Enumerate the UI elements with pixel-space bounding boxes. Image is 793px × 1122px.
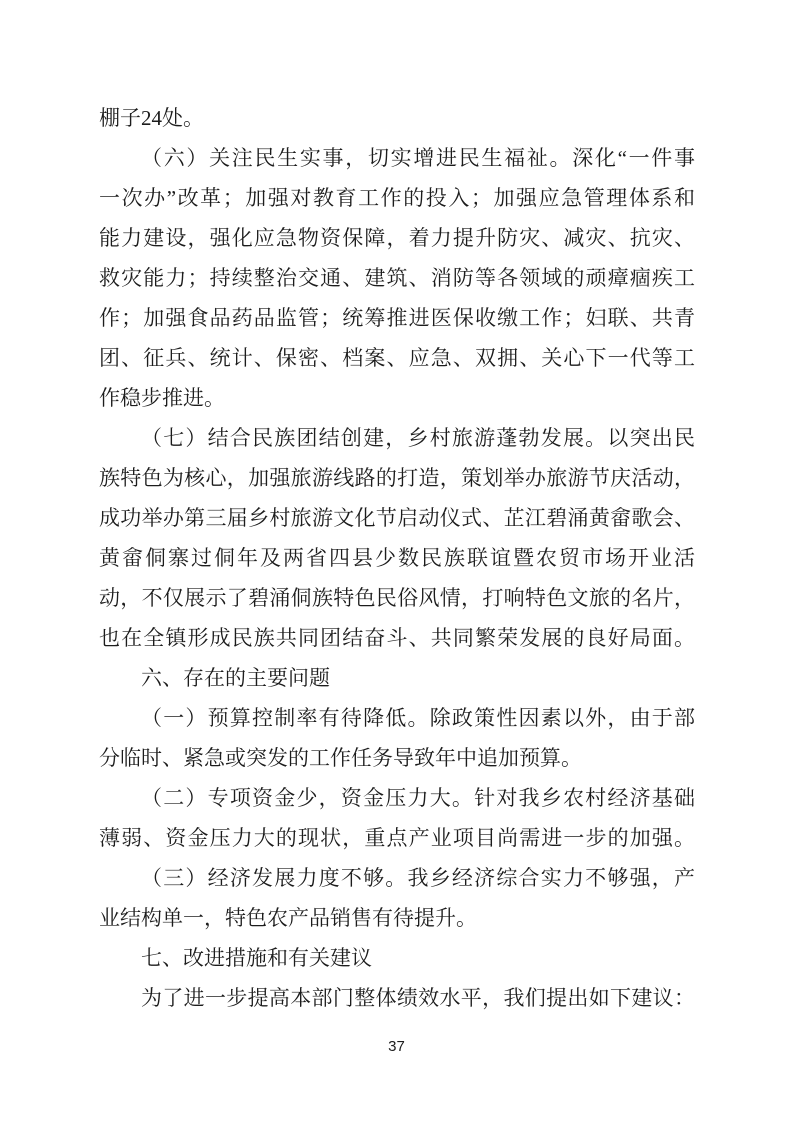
- text-line: 黄畲侗寨过侗年及两省四县少数民族联谊暨农贸市场开业活: [99, 538, 695, 578]
- text-line: 动，不仅展示了碧涌侗族特色民俗风情，打响特色文旅的名片，: [99, 578, 695, 618]
- text-line: （三）经济发展力度不够。我乡经济综合实力不够强，产: [99, 858, 695, 898]
- text-line: 薄弱、资金压力大的现状，重点产业项目尚需进一步的加强。: [99, 818, 695, 858]
- page-number: 37: [0, 1038, 793, 1055]
- text-line: 团、征兵、统计、保密、档案、应急、双拥、关心下一代等工: [99, 338, 695, 378]
- document-page: 棚子24处。 （六）关注民生实事，切实增进民生福祉。深化“一件事 一次办”改革；…: [0, 0, 793, 1122]
- text-line: 作稳步推进。: [99, 378, 695, 418]
- section-heading: 七、改进措施和有关建议: [99, 938, 695, 978]
- text-line: （六）关注民生实事，切实增进民生福祉。深化“一件事: [99, 138, 695, 178]
- section-heading: 六、存在的主要问题: [99, 658, 695, 698]
- text-line: 分临时、紧急或突发的工作任务导致年中追加预算。: [99, 738, 695, 778]
- text-line: 业结构单一，特色农产品销售有待提升。: [99, 898, 695, 938]
- text-line: 棚子24处。: [99, 98, 695, 138]
- document-text: 棚子24处。 （六）关注民生实事，切实增进民生福祉。深化“一件事 一次办”改革；…: [99, 98, 695, 1018]
- text-line: 救灾能力；持续整治交通、建筑、消防等各领域的顽瘴痼疾工: [99, 258, 695, 298]
- text-line: 也在全镇形成民族共同团结奋斗、共同繁荣发展的良好局面。: [99, 618, 695, 658]
- text-line: （二）专项资金少，资金压力大。针对我乡农村经济基础: [99, 778, 695, 818]
- text-line: 作；加强食品药品监管；统筹推进医保收缴工作；妇联、共青: [99, 298, 695, 338]
- text-line: 成功举办第三届乡村旅游文化节启动仪式、芷江碧涌黄畲歌会、: [99, 498, 695, 538]
- text-line: （七）结合民族团结创建，乡村旅游蓬勃发展。以突出民: [99, 418, 695, 458]
- text-line: （一）预算控制率有待降低。除政策性因素以外，由于部: [99, 698, 695, 738]
- text-line: 一次办”改革；加强对教育工作的投入；加强应急管理体系和: [99, 178, 695, 218]
- text-line: 族特色为核心，加强旅游线路的打造，策划举办旅游节庆活动，: [99, 458, 695, 498]
- text-line: 能力建设，强化应急物资保障，着力提升防灾、减灾、抗灾、: [99, 218, 695, 258]
- text-line: 为了进一步提高本部门整体绩效水平，我们提出如下建议：: [99, 978, 695, 1018]
